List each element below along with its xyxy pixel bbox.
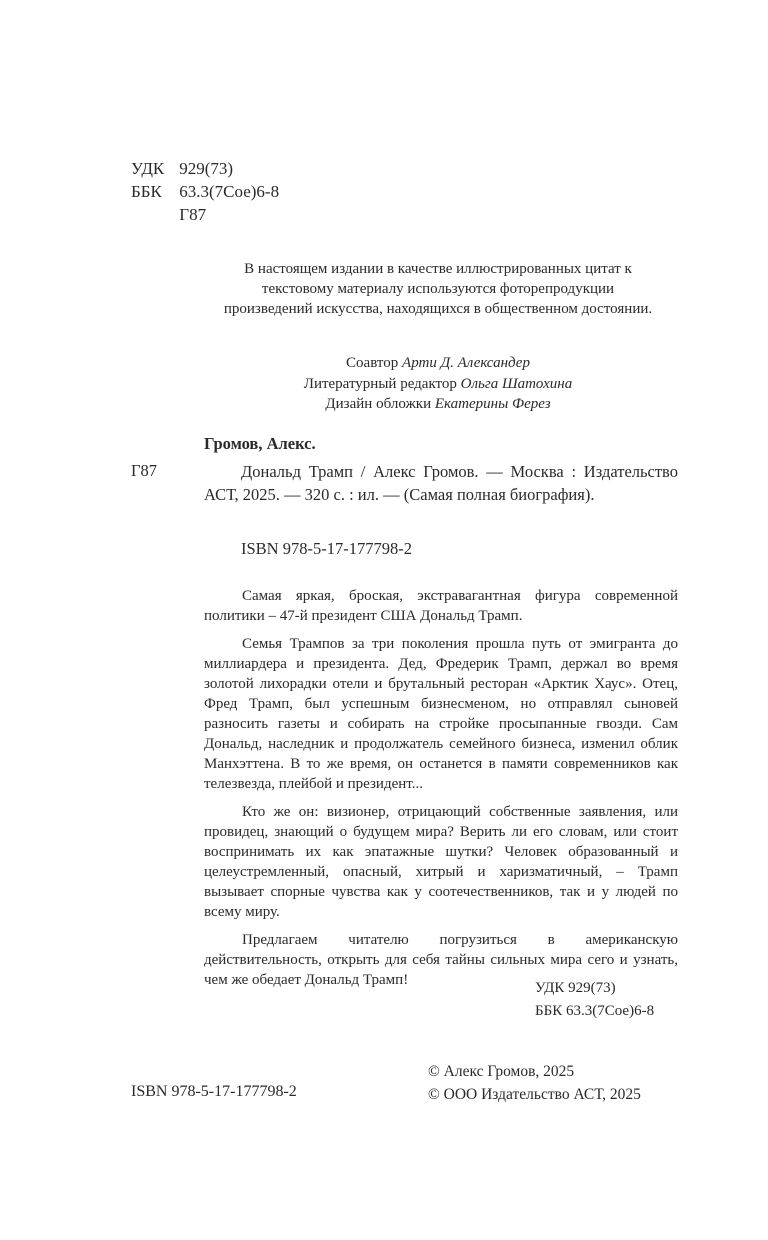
bbk-row: ББК 63.3(7Сое)6-8 <box>131 180 279 203</box>
udk-label: УДК <box>131 157 175 180</box>
illustration-notice: В настоящем издании в качестве иллюстрир… <box>222 259 654 319</box>
footer-udk: УДК 929(73) <box>535 977 654 1000</box>
bibliographic-isbn: ISBN 978-5-17-177798-2 <box>241 539 412 559</box>
credit-role: Соавтор <box>346 355 398 371</box>
bibliographic-mark: Г87 <box>131 461 157 481</box>
credit-coauthor: Соавтор Арти Д. Александер <box>222 353 654 374</box>
copyright: © Алекс Громов, 2025 © ООО Издательство … <box>428 1060 641 1106</box>
bbk-value: 63.3(7Сое)6-8 <box>179 182 279 201</box>
footer-isbn: ISBN 978-5-17-177798-2 <box>131 1083 297 1101</box>
footer-codes: УДК 929(73) ББК 63.3(7Сое)6-8 <box>535 977 654 1023</box>
bibliographic-author: Громов, Алекс. <box>204 434 316 454</box>
copyright-author: © Алекс Громов, 2025 <box>428 1060 641 1083</box>
bibliographic-description: Дональд Трамп / Алекс Громов. — Москва :… <box>204 460 678 506</box>
author-mark-row: Г87 <box>131 203 279 226</box>
footer-bbk: ББК 63.3(7Сое)6-8 <box>535 1000 654 1023</box>
credit-role: Литературный редактор <box>304 376 457 392</box>
copyright-publisher: © ООО Издательство АСТ, 2025 <box>428 1083 641 1106</box>
udk-value: 929(73) <box>179 159 233 178</box>
annotation-paragraph: Кто же он: визионер, отрицающий собствен… <box>204 802 678 922</box>
annotation-paragraph: Семья Трампов за три поколения прошла пу… <box>204 634 678 794</box>
credit-name: Екатерины Ферез <box>435 396 551 412</box>
annotation: Самая яркая, броская, экстравагантная фи… <box>204 586 678 998</box>
author-mark: Г87 <box>179 205 206 224</box>
bbk-label: ББК <box>131 180 175 203</box>
udk-row: УДК 929(73) <box>131 157 279 180</box>
annotation-paragraph: Самая яркая, броская, экстравагантная фи… <box>204 586 678 626</box>
classification-codes: УДК 929(73) ББК 63.3(7Сое)6-8 Г87 <box>131 157 279 226</box>
credit-editor: Литературный редактор Ольга Шатохина <box>222 374 654 395</box>
credits: Соавтор Арти Д. Александер Литературный … <box>222 353 654 415</box>
credit-cover-design: Дизайн обложки Екатерины Ферез <box>222 394 654 415</box>
credit-name: Ольга Шатохина <box>461 376 573 392</box>
credit-role: Дизайн обложки <box>325 396 431 412</box>
credit-name: Арти Д. Александер <box>402 355 530 371</box>
